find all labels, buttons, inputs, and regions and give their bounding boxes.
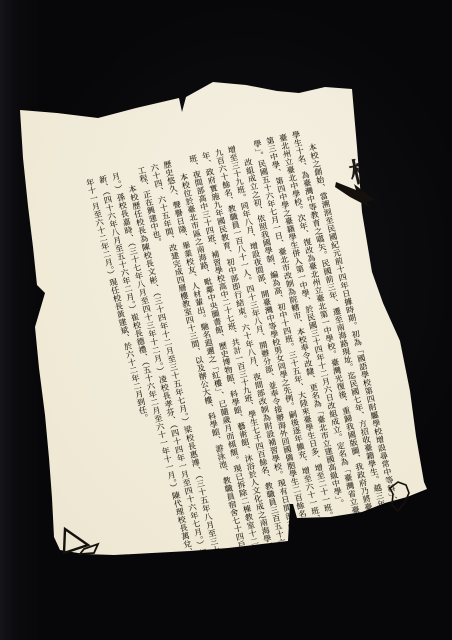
vertical-text-block: 校 史 本校之創始、當溯洄至民國紀元前十四年日據時期。初為「國語學校第四附屬學校… bbox=[80, 114, 452, 590]
title-char-bottom: 史 bbox=[356, 235, 402, 272]
scanned-page: 校 史 本校之創始、當溯洄至民國紀元前十四年日據時期。初為「國語學校第四附屬學校… bbox=[0, 0, 452, 640]
document-paper: 校 史 本校之創始、當溯洄至民國紀元前十四年日據時期。初為「國語學校第四附屬學校… bbox=[0, 0, 452, 640]
title-char-top: 校 bbox=[343, 154, 379, 189]
